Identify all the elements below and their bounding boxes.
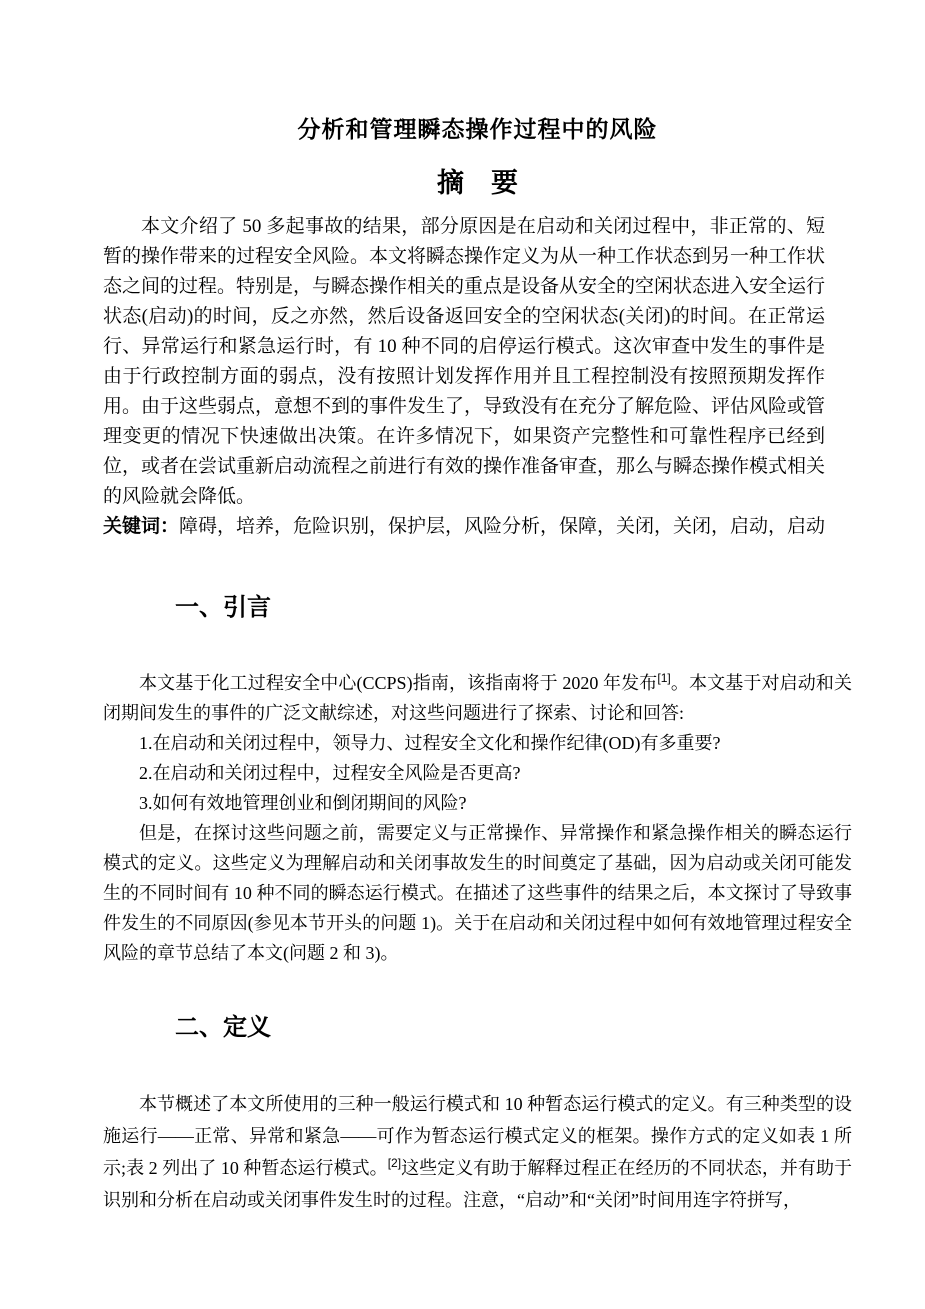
- question-item-3: 3.如何有效地管理创业和倒闭期间的风险?: [103, 788, 852, 818]
- introduction-paragraph-1: 本文基于化工过程安全中心(CCPS)指南，该指南将于 2020 年发布[1]。本…: [103, 668, 852, 728]
- keywords-line: 关键词：障碍，培养，危险识别，保护层，风险分析，保障，关闭，关闭，启动，启动: [103, 512, 852, 542]
- section-heading-introduction: 一、引言: [175, 592, 852, 624]
- document-title: 分析和管理瞬态操作过程中的风险: [103, 114, 852, 144]
- document-page: 分析和管理瞬态操作过程中的风险 摘 要 本文介绍了 50 多起事故的结果，部分原…: [0, 0, 925, 1309]
- question-item-1: 1.在启动和关闭过程中，领导力、过程安全文化和操作纪律(OD)有多重要?: [103, 728, 852, 758]
- reference-marker-1: [1]: [657, 671, 670, 685]
- keywords-text: 障碍，培养，危险识别，保护层，风险分析，保障，关闭，关闭，启动，启动: [179, 516, 825, 537]
- reference-marker-2: [2]: [388, 1156, 401, 1170]
- definitions-paragraph: 本节概述了本文所使用的三种一般运行模式和 10 种暂态运行模式的定义。有三种类型…: [103, 1088, 852, 1216]
- question-item-2: 2.在启动和关闭过程中，过程安全风险是否更高?: [103, 758, 852, 788]
- abstract-heading: 摘 要: [103, 166, 852, 200]
- introduction-paragraph-1-text: 本文基于化工过程安全中心(CCPS)指南，该指南将于 2020 年发布: [139, 673, 657, 693]
- section-heading-definitions: 二、定义: [175, 1012, 852, 1044]
- introduction-paragraph-2: 但是，在探讨这些问题之前，需要定义与正常操作、异常操作和紧急操作相关的瞬态运行模…: [103, 818, 852, 968]
- abstract-paragraph: 本文介绍了 50 多起事故的结果，部分原因是在启动和关闭过程中，非正常的、短暂的…: [103, 212, 825, 512]
- keywords-label: 关键词：: [103, 516, 179, 537]
